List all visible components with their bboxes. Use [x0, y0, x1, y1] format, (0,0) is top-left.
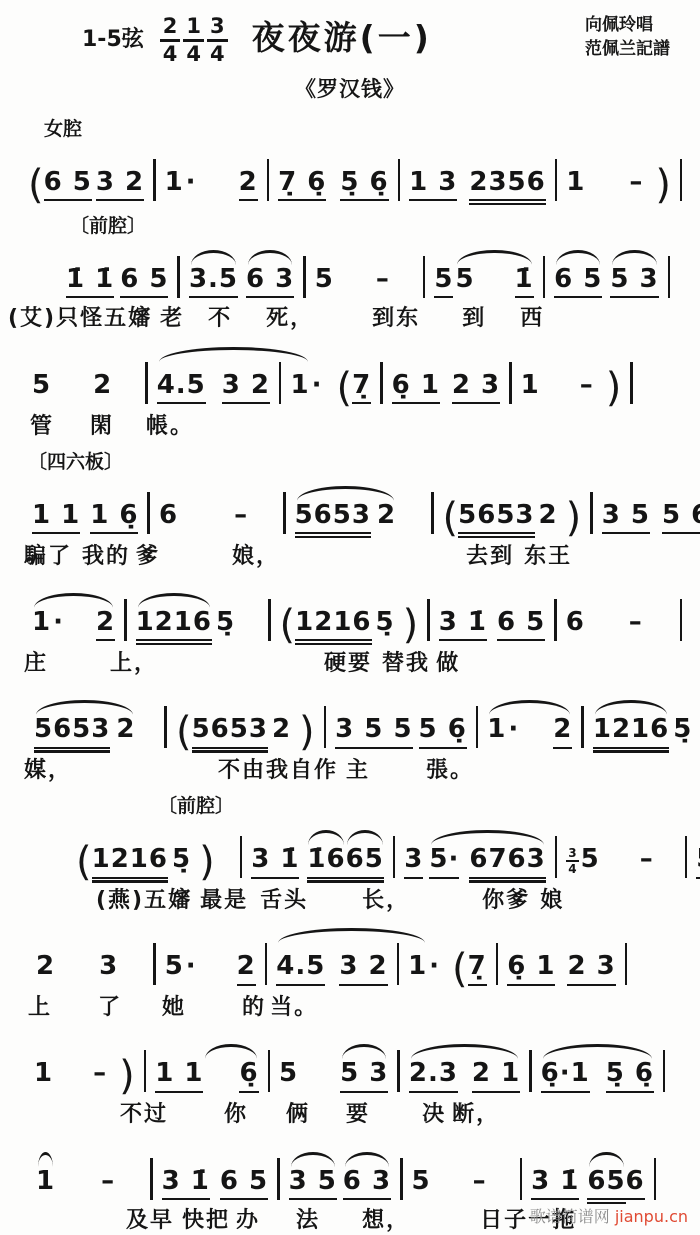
- note: 1216: [593, 715, 669, 749]
- barline: [268, 1050, 271, 1092]
- note: 2: [272, 715, 291, 744]
- barline: [680, 159, 683, 201]
- note: 当。: [270, 996, 318, 1020]
- note: ·: [186, 952, 197, 981]
- slur-group: 1·2: [32, 608, 115, 642]
- barline: [279, 362, 282, 404]
- note: 管: [30, 415, 54, 439]
- spacer: [210, 1188, 220, 1189]
- score-line: 1·212165̣(12165̣)3 1̇6 56–庄上，硬要替我做: [8, 582, 692, 676]
- spacer: [51, 392, 93, 393]
- barline: [397, 943, 400, 985]
- barline: [476, 706, 479, 748]
- barline: [529, 1050, 532, 1092]
- note: 去到: [466, 545, 514, 569]
- note: 6: [566, 608, 585, 637]
- note: 3 5 5: [335, 715, 412, 749]
- note: –: [640, 845, 654, 874]
- barline: [590, 492, 593, 534]
- barline: [267, 159, 270, 201]
- note: 1 1: [32, 501, 80, 535]
- paren: (: [443, 500, 459, 536]
- spacer: [248, 906, 260, 907]
- score-line: 女腔(6 53 21·27̣ 6̣5̣ 6̣1 323561–): [8, 119, 692, 203]
- note: 你: [224, 1103, 248, 1127]
- slur-group: 4.53 21: [276, 943, 427, 986]
- slur-group: 4.53 21: [157, 362, 310, 405]
- spacer: [431, 1188, 473, 1189]
- paren: ): [119, 1058, 135, 1094]
- time-signatures: 2 4 1 4 3 4: [160, 16, 228, 65]
- barline: [668, 256, 671, 298]
- barline: [177, 256, 180, 298]
- paren: ): [299, 714, 315, 750]
- spacer: [372, 669, 382, 670]
- spacer: [440, 392, 452, 393]
- note: 了: [98, 996, 122, 1020]
- note: –: [93, 1059, 107, 1088]
- note: 老: [160, 307, 184, 331]
- note: 1216: [92, 845, 168, 879]
- time-signature-3-4: 3 4: [207, 16, 228, 65]
- note: 5 6̣: [419, 715, 467, 749]
- ts-denominator: 4: [210, 42, 225, 65]
- spacer: [458, 1080, 472, 1081]
- spacer: [80, 522, 90, 523]
- score-line: 1–)1 16̣55 32.32 16̣·15̣ 6̣不过你俩要决断，: [8, 1033, 692, 1127]
- note: –: [234, 501, 248, 530]
- note: 3.5: [189, 265, 238, 299]
- note: 4.5: [157, 371, 206, 405]
- note: 快把: [182, 1209, 230, 1233]
- spacer: [390, 286, 414, 287]
- spacer: [410, 1226, 480, 1227]
- slur-group: 56532: [295, 501, 396, 535]
- note: 的: [242, 996, 266, 1020]
- barline: [145, 362, 148, 404]
- barline: [625, 943, 628, 985]
- barline: [400, 1158, 403, 1200]
- paren: ): [606, 370, 622, 406]
- barline: [164, 706, 167, 748]
- spacer: [215, 866, 231, 867]
- note: 媒，: [24, 759, 72, 783]
- spacer: [122, 1013, 162, 1014]
- note: 1: [487, 715, 506, 744]
- note: 1: [566, 168, 585, 197]
- note: 6 5: [44, 168, 92, 202]
- note: 5 3: [696, 845, 700, 879]
- spacer: [594, 392, 606, 393]
- score-line: 〔前腔〕(12165̣)3 1̇1̇66535·6763345–5 35(燕)五…: [8, 796, 692, 913]
- barline: [398, 159, 401, 201]
- spacer: [395, 629, 403, 630]
- note: 1: [290, 371, 309, 400]
- note: 2: [377, 501, 396, 530]
- spacer: [135, 736, 155, 737]
- spacer: [206, 392, 222, 393]
- spacer: [334, 286, 376, 287]
- ts-numerator: 3: [566, 847, 578, 862]
- note: 法: [296, 1209, 320, 1233]
- note: 騙了: [24, 545, 72, 569]
- spacer: [298, 1080, 340, 1081]
- barline: [663, 1050, 666, 1092]
- watermark-site-url[interactable]: jianpu.cn: [615, 1207, 688, 1226]
- spacer: [238, 286, 246, 287]
- note: 5: [279, 1059, 298, 1088]
- spacer: [107, 1080, 119, 1081]
- spacer: [555, 973, 567, 974]
- note: 3 1̇: [439, 608, 487, 642]
- paren: (: [452, 951, 468, 987]
- barline: [509, 362, 512, 404]
- note: 5: [581, 845, 600, 874]
- note: 2: [116, 715, 135, 744]
- spacer: [52, 1013, 98, 1014]
- spacer: [280, 562, 466, 563]
- barline: [380, 362, 383, 404]
- note: 3: [99, 952, 118, 981]
- note: 2356: [469, 168, 545, 202]
- singer-credit: 向佩玲唱: [585, 14, 670, 38]
- note: –: [629, 608, 643, 637]
- watermark-site-name: 歌谱简谱网: [530, 1207, 610, 1226]
- note: 2: [239, 168, 258, 202]
- note: 5̣: [216, 608, 235, 637]
- note: 6̣ 1: [507, 952, 555, 986]
- spacer: [459, 866, 469, 867]
- spacer: [48, 669, 110, 670]
- slur-group: 1216: [593, 715, 669, 749]
- music-row: 235·24.53 21·(7̣6̣ 12 3: [36, 926, 692, 987]
- note: 2 3: [567, 952, 615, 986]
- paren: (: [280, 607, 296, 643]
- note: 东王: [524, 545, 572, 569]
- note: 閑: [90, 415, 114, 439]
- note: 5653: [458, 501, 534, 535]
- section-label: 〔前腔〕: [70, 216, 692, 237]
- barline: [277, 1158, 280, 1200]
- note: 6 3: [246, 265, 294, 299]
- note: ·: [429, 952, 440, 981]
- note: 不: [208, 307, 232, 331]
- note: 1̇665: [307, 845, 383, 879]
- note: –: [376, 265, 390, 294]
- lyric-row: (燕)五嬸最是舌头长，你爹娘: [96, 889, 692, 913]
- note: 1̇ 1̇: [66, 265, 114, 299]
- note: 3 5: [289, 1167, 337, 1201]
- barline: [520, 1158, 523, 1200]
- spacer: [158, 669, 324, 670]
- barline: [240, 836, 243, 878]
- note: 5: [455, 265, 474, 294]
- note: 1: [32, 608, 51, 637]
- watermark: 歌谱简谱网 jianpu.cn: [530, 1204, 688, 1227]
- score-line: 〔四六板〕1 11 6̣6–56532(56532)3 55 6̣騙了我的爹娘，…: [8, 452, 692, 569]
- note: 6̣: [239, 1059, 258, 1093]
- spacer: [235, 629, 259, 630]
- paren: (: [336, 370, 352, 406]
- note: 1216: [295, 608, 371, 642]
- note: 3 1̇: [531, 1167, 579, 1201]
- spacer: [320, 1226, 362, 1227]
- ts-denominator: 4: [568, 862, 576, 875]
- spacer: [600, 866, 640, 867]
- slur-group: 3 5: [289, 1167, 337, 1201]
- note: 2: [36, 952, 55, 981]
- note: 主: [346, 759, 370, 783]
- barline: [431, 492, 434, 534]
- spacer: [457, 189, 469, 190]
- slur-group: 2.32 1: [409, 1059, 520, 1093]
- music-row: 1̇ 1̇6 53.56 35–551̇6 55 3: [66, 239, 692, 299]
- spacer: [299, 866, 307, 867]
- note: 6 5: [220, 1167, 268, 1201]
- note: 5 3: [610, 265, 658, 299]
- lyric-row: (艾)只怪五嬸老不死，到东到西: [8, 307, 692, 331]
- note: 5: [315, 265, 334, 294]
- slur-group: 1·2: [487, 715, 572, 749]
- barline: [283, 492, 286, 534]
- music-row: 1·212165̣(12165̣)3 1̇6 56–: [32, 582, 692, 643]
- music-row: 1 11 6̣6–56532(56532)3 55 6̣: [32, 475, 692, 536]
- score-line: 56532(56532)3 5 55 6̣1·212165̣媒，不由我自作主張。: [8, 689, 692, 783]
- barline: [630, 362, 633, 404]
- barline: [144, 1050, 147, 1092]
- time-signature-2-4: 2 4: [160, 16, 181, 65]
- spacer: [54, 432, 90, 433]
- spacer: [338, 776, 346, 777]
- music-row: 1–)1 16̣55 32.32 16̣·15̣ 6̣: [34, 1033, 692, 1094]
- spacer: [72, 562, 82, 563]
- opera-subtitle: 《罗汉钱》: [0, 73, 700, 103]
- note: –: [580, 371, 594, 400]
- sheet-music-page: 1-5弦 2 4 1 4 3 4 夜夜游(一) 向佩玲唱 范佩兰記譜: [0, 0, 700, 1235]
- note: 1: [408, 952, 427, 981]
- slur-group: 6̣·15̣ 6̣: [541, 1059, 654, 1093]
- note: –: [473, 1167, 487, 1196]
- slur-group: 1̇665: [307, 845, 383, 879]
- note: 俩: [286, 1103, 310, 1127]
- music-row: (6 53 21·27̣ 6̣5̣ 6̣1 323561–): [28, 142, 692, 203]
- slur-group: 1216: [136, 608, 212, 642]
- spacer: [643, 189, 655, 190]
- note: 5: [434, 265, 453, 299]
- barline: [423, 256, 426, 298]
- score-lines: 女腔(6 53 21·27̣ 6̣5̣ 6̣1 323561–)〔前腔〕1̇ 1…: [0, 103, 700, 1233]
- paren: (: [28, 167, 44, 203]
- note: 2: [93, 371, 112, 400]
- note: 4.5: [276, 952, 325, 986]
- note: 1216: [136, 608, 212, 642]
- spacer: [590, 1080, 606, 1081]
- spacer: [370, 776, 426, 777]
- note: 不由我自作: [218, 759, 338, 783]
- spacer: [174, 1226, 182, 1227]
- note: 1: [165, 168, 184, 197]
- music-row: (12165̣)3 1̇1̇66535·6763345–5 35: [76, 819, 692, 880]
- ts-denominator: 4: [186, 42, 201, 65]
- ts-denominator: 4: [163, 42, 178, 65]
- spacer: [585, 629, 629, 630]
- note: 不过: [120, 1103, 168, 1127]
- note: 7̣: [468, 952, 487, 986]
- music-row: 524.53 21·(7̣6̣ 12 31–): [32, 345, 692, 406]
- note: 想，: [362, 1209, 410, 1233]
- note: 爹: [136, 545, 160, 569]
- spacer: [291, 736, 299, 737]
- barline: [150, 1158, 153, 1200]
- note: –: [629, 168, 643, 197]
- spacer: [192, 906, 200, 907]
- note: 帳。: [146, 415, 194, 439]
- paren: ): [655, 167, 671, 203]
- note: 2: [539, 501, 558, 530]
- spacer: [643, 629, 671, 630]
- lyric-row: 庄上，硬要替我做: [24, 652, 692, 676]
- note: ·: [53, 608, 64, 637]
- note: 替我: [382, 652, 430, 676]
- score-line: 〔前腔〕1̇ 1̇6 53.56 35–551̇6 55 3(艾)只怪五嬸老不死…: [8, 216, 692, 332]
- note: 6 5: [120, 265, 168, 299]
- note: 6̣·1: [541, 1059, 590, 1093]
- note: 要: [346, 1103, 370, 1127]
- note: 3 2: [96, 168, 144, 202]
- note: 上，: [110, 652, 158, 676]
- note: 5̣ 6̣: [606, 1059, 654, 1093]
- header-row: 1-5弦 2 4 1 4 3 4 夜夜游(一) 向佩玲唱 范佩兰記譜: [0, 0, 700, 65]
- barline: [680, 599, 683, 641]
- note: 6763: [469, 845, 545, 879]
- note: 6 5: [497, 608, 545, 642]
- note: 5̣: [673, 715, 692, 744]
- note: 5̣: [376, 608, 395, 637]
- score-line: 235·24.53 21·(7̣6̣ 12 3上了她的当。: [8, 926, 692, 1020]
- note: 3 1̇: [251, 845, 299, 879]
- note: 2: [237, 952, 256, 986]
- credits: 向佩玲唱 范佩兰記譜: [585, 14, 670, 62]
- note: 办: [236, 1209, 260, 1233]
- note: (燕)五嬸: [96, 889, 192, 913]
- paren: ): [566, 500, 582, 536]
- note: 1̇: [515, 265, 534, 299]
- spacer: [64, 629, 96, 630]
- barline: [397, 1050, 400, 1092]
- barline: [153, 159, 156, 201]
- note: 7̣: [352, 371, 371, 405]
- spacer: [191, 866, 199, 867]
- note: 舌头: [260, 889, 308, 913]
- note: ·: [312, 371, 323, 400]
- note: 5·: [429, 845, 459, 879]
- note: 5653: [192, 715, 268, 749]
- spacer: [650, 522, 662, 523]
- spacer: [186, 1013, 242, 1014]
- note: 娘: [540, 889, 564, 913]
- note: 最是: [200, 889, 248, 913]
- spacer: [72, 776, 218, 777]
- spacer: [314, 324, 372, 325]
- spacer: [168, 1120, 224, 1121]
- barline: [555, 159, 558, 201]
- note: 6̣ 1: [392, 371, 440, 405]
- note: ·: [186, 168, 197, 197]
- note: 6: [626, 1167, 645, 1201]
- note: 1 1: [155, 1059, 203, 1093]
- note: 上: [28, 996, 52, 1020]
- spacer: [248, 522, 274, 523]
- spacer: [260, 1226, 296, 1227]
- note: 1: [36, 1167, 55, 1196]
- note: 5 3: [340, 1059, 388, 1093]
- score-header: 1-5弦 2 4 1 4 3 4 夜夜游(一) 向佩玲唱 范佩兰記譜: [0, 0, 700, 103]
- lyric-row: 上了她的当。: [28, 996, 692, 1020]
- note: ·: [508, 715, 519, 744]
- barline: [265, 943, 268, 985]
- spacer: [692, 736, 700, 737]
- note: 1 3: [409, 168, 457, 202]
- note: 到东: [372, 307, 420, 331]
- note: 死，: [266, 307, 314, 331]
- note: 及早: [126, 1209, 174, 1233]
- note: 3: [404, 845, 423, 879]
- spacer: [654, 866, 676, 867]
- spacer: [530, 906, 540, 907]
- paren: ): [199, 844, 215, 880]
- slur-group: 65: [587, 1167, 625, 1201]
- note: 5̣: [172, 845, 191, 874]
- slur-group: 6 3: [246, 265, 294, 299]
- spacer: [322, 392, 336, 393]
- barline: [581, 706, 584, 748]
- note: 2 3: [452, 371, 500, 405]
- spacer: [112, 392, 136, 393]
- spacer: [55, 973, 99, 974]
- note: 2: [96, 608, 115, 642]
- paren: ): [403, 607, 419, 643]
- note: 5̣ 6̣: [340, 168, 388, 202]
- ts-numerator: 1: [183, 16, 204, 42]
- time-signature-change: 34: [566, 847, 578, 875]
- spacer: [115, 1188, 141, 1189]
- note: 6: [159, 501, 178, 530]
- lyric-row: 騙了我的爹娘，去到东王: [24, 545, 692, 569]
- spacer: [197, 973, 237, 974]
- spacer: [396, 522, 422, 523]
- slur-group: 56532: [34, 715, 135, 749]
- note: 65: [587, 1167, 625, 1201]
- spacer: [370, 1120, 422, 1121]
- barline: [124, 599, 127, 641]
- note: –: [101, 1167, 115, 1196]
- slur-group: 5 3: [610, 265, 658, 299]
- spacer: [326, 189, 340, 190]
- note: 长，: [362, 889, 410, 913]
- note: 3 2: [339, 952, 387, 986]
- spacer: [519, 736, 553, 737]
- note: 3 1̇: [162, 1167, 210, 1201]
- barline: [555, 836, 558, 878]
- spacer: [579, 1188, 587, 1189]
- barline: [268, 599, 271, 641]
- note: 决: [422, 1103, 446, 1127]
- spacer: [160, 562, 232, 563]
- note: 6 3: [343, 1167, 391, 1201]
- ts-numerator: 2: [160, 16, 181, 42]
- song-title: 夜夜游(一): [252, 12, 432, 59]
- music-row: 1–3 1̇6 53 56 35–3 1̇656: [36, 1141, 692, 1201]
